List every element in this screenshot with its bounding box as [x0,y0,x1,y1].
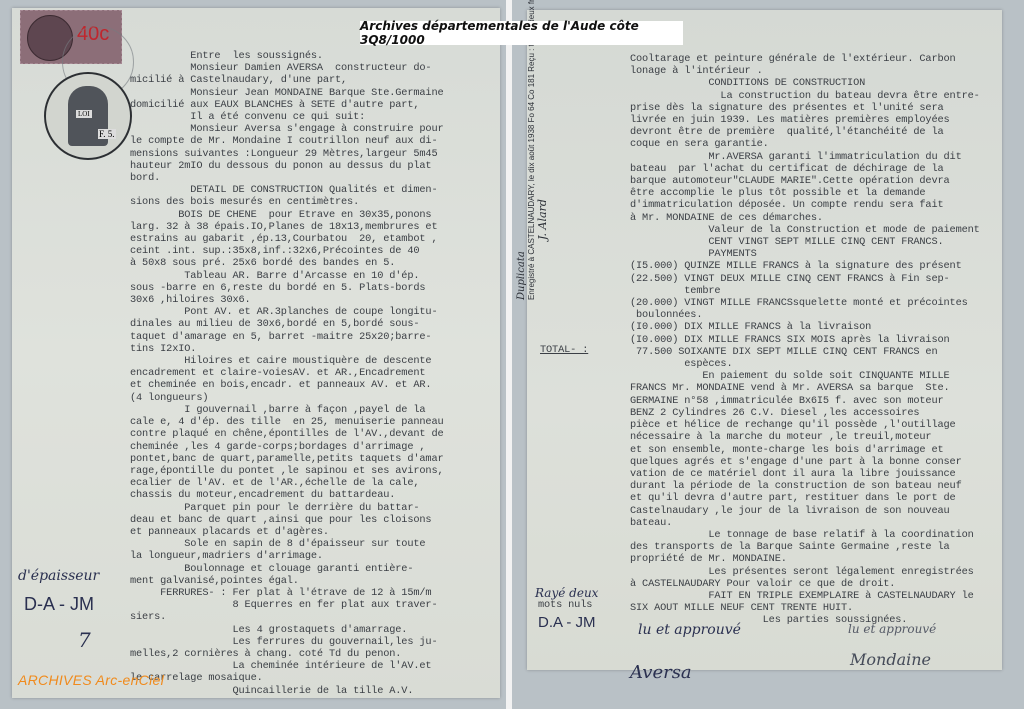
typed-line: Sole en sapin de 8 d'épaisseur sur toute [130,538,444,550]
typed-line: des transports de la Barque Sainte Germa… [630,541,980,553]
page-divider [506,0,512,709]
typed-line: estrains au gabarit ,ép.13,Courbatou 20,… [130,233,444,245]
typed-line: BENZ 2 Cylindres 26 C.V. Diesel ,les acc… [630,407,980,419]
typed-line: Cooltarage et peinture générale de l'ext… [630,53,980,65]
typed-line: 77.500 SOIXANTE DIX SEPT MILLE CINQ CENT… [630,346,980,358]
typed-line: FERRURES- : Fer plat à l'étrave de 12 à … [130,587,444,599]
typed-line: (I0.000) DIX MILLE FRANCS à la livraison [630,321,980,333]
typed-line: prise dès la signature des présentes et … [630,102,980,114]
typed-line: SIX AOUT MILLE NEUF CENT TRENTE HUIT. [630,602,980,614]
typed-line: Monsieur Damien AVERSA constructeur do- [130,62,444,74]
typed-line: ceint .int. sup.:35x8,inf.:32x6,Précoint… [130,245,444,257]
registration-duplicata: Duplicata [516,251,527,300]
typed-line: (22.500) VINGT DEUX MILLE CINQ CENT FRAN… [630,273,980,285]
typed-line: GERMAINE n°58 ,immatriculée Bx6I5 f. ave… [630,395,980,407]
typed-line: Parquet pin pour le derrière du battar- [130,502,444,514]
typed-line: propriété de Mr. MONDAINE. [630,553,980,565]
margin-note-epaisseur: d'épaisseur [18,568,99,584]
typed-line: la longueur,madriers d'arrimage. [130,550,444,562]
typed-line: Monsieur Jean MONDAINE Barque Ste.Germai… [130,87,444,99]
margin-mark-left: 7 [78,628,91,652]
archives-watermark: ARCHIVES Arc-enCiel [18,672,164,688]
republique-seal-icon: LOI F. 5. [44,72,132,160]
typed-line: 8 Equerres en fer plat aux traver- [130,599,444,611]
typed-line: tins I2xIO. [130,343,444,355]
typed-line: mensions suivantes :Longueur 29 Mètres,l… [130,148,444,160]
seal-tablet-text: LOI [76,110,92,118]
typed-line: Il a été convenu ce qui suit: [130,111,444,123]
typed-line: durant la période de la construction de … [630,480,980,492]
typed-line: Les présentes seront légalement enregist… [630,566,980,578]
typed-line: FRANCS Mr. MONDAINE vend à Mr. AVERSA sa… [630,382,980,394]
typed-line: ment galvanisé,pointes égal. [130,575,444,587]
typed-line: sions des bois mesurés en centimètres. [130,196,444,208]
typed-line: le compte de Mr. Mondaine I coutrillon n… [130,135,444,147]
typed-line: nécessaire à la marche du moteur ,le tre… [630,431,980,443]
typed-line: bateau. [630,517,980,529]
typed-line: siers. [130,611,444,623]
typed-line: larg. 32 à 38 épais.IO,Planes de 18x13,m… [130,221,444,233]
typed-line: tembre [630,285,980,297]
typed-line: Boulonnage et clouage garanti entière- [130,563,444,575]
typed-line: d'immatriculation déposée. Un compte ren… [630,199,980,211]
typed-line: quelques agrés et s'engage d'une part à … [630,456,980,468]
margin-initials-left: D-A - JM [24,594,94,615]
typed-line: devront être de première qualité,l'étanc… [630,126,980,138]
typed-line: (I5.000) QUINZE MILLE FRANCS à la signat… [630,260,980,272]
typed-line: à 50x8 sous pré. 25x6 bordé des bandes e… [130,257,444,269]
typed-line: pièce et hélice de rechange qu'il possèd… [630,419,980,431]
typed-line: coque en sera garantie. [630,138,980,150]
seal-value: F. 5. [98,129,116,139]
typed-line: (I0.000) DIX MILLE FRANCS SIX MOIS après… [630,334,980,346]
margin-note-raye: Rayé deux [535,586,598,600]
typed-line: chassis du moteur,encadrement du battard… [130,489,444,501]
typed-line: (4 longueurs) [130,392,444,404]
typed-line: bateau par l'achat du certificat de déch… [630,163,980,175]
typed-line: et panneaux placards et d'agères. [130,526,444,538]
typed-line: pontet,banc de quart,paramelle,petits ta… [130,453,444,465]
typed-line: PAYMENTS [630,248,980,260]
approval-left: lu et approuvé [638,622,741,638]
archive-reference-banner: Archives départementales de l'Aude côte … [360,21,683,45]
typed-line: cheminée ,les 4 garde-corps;bordages d'a… [130,441,444,453]
typed-line: 30x6 ,hiloires 30x6. [130,294,444,306]
signature-aversa: Aversa [630,662,692,683]
typed-line: Valeur de la Construction et mode de pai… [630,224,980,236]
typed-line: Le tonnage de base relatif à la coordina… [630,529,980,541]
typed-line: Monsieur Aversa s'engage à construire po… [130,123,444,135]
typed-line: Hiloires et caire moustiquère de descent… [130,355,444,367]
typed-line: (20.000) VINGT MILLE FRANCSsquelette mon… [630,297,980,309]
typed-line: FAIT EN TRIPLE EXEMPLAIRE à CASTELNAUDAR… [630,590,980,602]
typed-line: Tableau AR. Barre d'Arcasse en 10 d'ép. [130,270,444,282]
typed-line: DETAIL DE CONSTRUCTION Qualités et dimen… [130,184,444,196]
typed-line: et son ensemble, monte-charge les bois d… [630,444,980,456]
typed-line: et cheminée en bois,encadr. et panneaux … [130,379,444,391]
typed-line: et qu'il devra d'autre part, restituer d… [630,492,980,504]
typed-line: vation de ce matériel dont il aura la li… [630,468,980,480]
typed-line: Entre les soussignés. [130,50,444,62]
typed-line: contre plaqué en chêne,épontilles de l'A… [130,428,444,440]
margin-initials-right: D.A - JM [538,614,596,631]
typed-line: espèces. [630,358,980,370]
left-typed-text: Entre les soussignés. Monsieur Damien AV… [130,50,444,697]
typed-line: La construction du bateau devra être ent… [630,90,980,102]
typed-line: barque automoteur"CLAUDE MARIE".Cette op… [630,175,980,187]
typed-line: livrée en juin 1939. Les matières premiè… [630,114,980,126]
typed-line: le carrelage mosaique. [130,672,444,684]
typed-line: sous -barre en 6,reste du bordé en 5. Pl… [130,282,444,294]
typed-line: être accomplie le plus tôt possible et l… [630,187,980,199]
typed-line: dinales au milieu de 30x6,bordé en 5,bor… [130,318,444,330]
typed-line: CONDITIONS DE CONSTRUCTION [630,77,980,89]
typed-line: ecalier de l'AV. et de l'AR.,échelle de … [130,477,444,489]
typed-line: Les ferrures du gouvernail,les ju- [130,636,444,648]
typed-line: micilié à Castelnaudary, d'une part, [130,74,444,86]
margin-note-mots-nuls: mots nuls [538,599,592,611]
typed-line: En paiement du solde soit CINQUANTE MILL… [630,370,980,382]
typed-line: encadrement et claire-voiesAV. et AR.,En… [130,367,444,379]
typed-line: Les 4 grostaquets d'amarrage. [130,624,444,636]
typed-line: à Mr. MONDAINE de ces démarches. [630,212,980,224]
typed-line: boulonnées. [630,309,980,321]
typed-line: Quincaillerie de la tille A.V. [130,685,444,697]
typed-line: La cheminée intérieure de l'AV.et [130,660,444,672]
typed-line: lonage à l'intérieur . [630,65,980,77]
total-label: TOTAL- : [540,344,588,356]
typed-line: à CASTELNAUDARY Pour valoir ce que de dr… [630,578,980,590]
typed-line: deau et banc de quart ,ainsi que pour le… [130,514,444,526]
typed-line: BOIS DE CHENE pour Etrave en 30x35,ponon… [130,209,444,221]
registration-signature: J. Alard [536,199,549,240]
typed-line: taquet d'amarage en 5, barret -maitre 25… [130,331,444,343]
typed-line: Pont AV. et AR.3planches de coupe longit… [130,306,444,318]
typed-line: cale e, 4 d'ép. des tille en 25, menuise… [130,416,444,428]
right-typed-text: Cooltarage et peinture générale de l'ext… [630,53,980,627]
typed-line: hauteur 2mIO du dessous du ponon au dess… [130,160,444,172]
typed-line: Mr.AVERSA garanti l'immatriculation du d… [630,151,980,163]
typed-line: bord. [130,172,444,184]
typed-line: rage,épontille du pontet ,le sapinou et … [130,465,444,477]
typed-line: Castelnaudary ,le jour de la livraison d… [630,505,980,517]
typed-line: melles,2 cornières à chang. coté Td du p… [130,648,444,660]
signature-mondaine: Mondaine [850,650,931,669]
typed-line: CENT VINGT SEPT MILLE CINQ CENT FRANCS. [630,236,980,248]
approval-right: lu et approuvé [848,622,936,636]
typed-line: domicilié aux EAUX BLANCHES à SETE d'aut… [130,99,444,111]
typed-line: I gouvernail ,barre à façon ,payel de la [130,404,444,416]
